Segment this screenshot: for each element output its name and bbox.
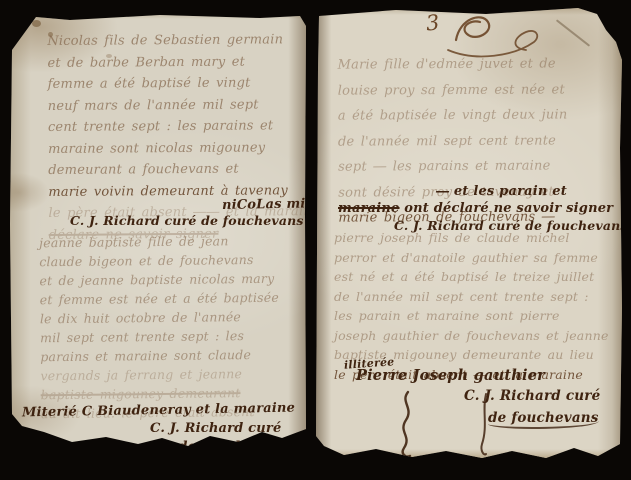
- right-page: 3 Marie fille d'edmée juvet et delouise …: [316, 8, 622, 465]
- manuscript-line: Nicolas fils de Sebastien germain: [47, 29, 318, 52]
- manuscript-line: de l'année mil sept cent trente: [338, 128, 568, 155]
- manuscript-line: de l'année mil sept cent trente sept :: [334, 287, 609, 307]
- manuscript-line: femme a été baptisé le vingt: [48, 72, 319, 95]
- manuscript-line: cent trente sept : les parains et: [48, 115, 319, 138]
- godfather-signature: Pierre Joseph gauthier: [356, 367, 545, 384]
- priest-signature-place: de fouchevans: [178, 439, 289, 458]
- paper-stain: [32, 20, 41, 27]
- manuscript-line: le dix huit octobre de l'année: [40, 307, 279, 329]
- manuscript-line: est né et a été baptisé le treize juille…: [334, 267, 609, 287]
- signature-flourish: [378, 390, 518, 462]
- manuscript-line: et femme est née et a été baptisée: [40, 288, 279, 310]
- manuscript-line: et de jeanne baptiste nicolas mary: [39, 269, 278, 291]
- manuscript-line: vergands ja ferrang et jeanne: [40, 364, 279, 386]
- left-baptism-entry-2: jeanne baptiste fille de jeanclaude bige…: [39, 231, 280, 423]
- manuscript-line: joseph gauthier de fouchevans et jeanne: [334, 326, 609, 346]
- struck-word: maraine: [338, 201, 400, 216]
- left-page: Nicolas fils de Sebastien germainet de b…: [10, 14, 306, 460]
- declaration-note: maraine ont déclaré ne savoir signer: [338, 201, 613, 216]
- page-number: 3: [425, 10, 441, 35]
- declaration-text: ont déclaré ne savoir signer: [404, 201, 613, 216]
- manuscript-line: louise proy sa femme est née et: [338, 77, 568, 104]
- manuscript-line: neuf mars de l'année mil sept: [48, 94, 319, 117]
- priest-signature: C. J. Richard curé de fouchevans viey: [70, 213, 336, 228]
- manuscript-line: et de barbe Berban mary et: [47, 51, 318, 74]
- godfather-signature: niCoLas migon: [222, 196, 334, 213]
- manuscript-line: demeurant a fouchevans et: [48, 158, 319, 181]
- manuscript-line: jeanne baptiste fille de jean: [39, 231, 278, 253]
- manuscript-line: claude bigeon et de fouchevans: [39, 250, 278, 272]
- manuscript-line: maraine sont nicolas migouney: [48, 137, 319, 160]
- manuscript-line: a été baptisée le vingt deux juin: [338, 102, 568, 129]
- manuscript-line: sept ― les parains et maraine: [338, 153, 568, 180]
- manuscript-line: mil sept cent trente sept : les: [40, 326, 279, 348]
- priest-signature: C. J. Richard curé: [150, 421, 281, 436]
- declaration-note: ― et les parain et: [436, 184, 567, 199]
- paper-scratch: [556, 19, 590, 46]
- manuscript-line: pierre joseph fils de claude michel: [334, 228, 609, 248]
- manuscript-line: Marie fille d'edmée juvet et de: [338, 51, 568, 78]
- manuscript-scan: Nicolas fils de Sebastien germainet de b…: [0, 0, 631, 480]
- manuscript-line: les parain et maraine sont pierre: [334, 306, 609, 326]
- manuscript-line: perror et d'anatoile gauthier sa femme: [334, 248, 609, 268]
- manuscript-line: parains et maraine sont claude: [40, 345, 279, 367]
